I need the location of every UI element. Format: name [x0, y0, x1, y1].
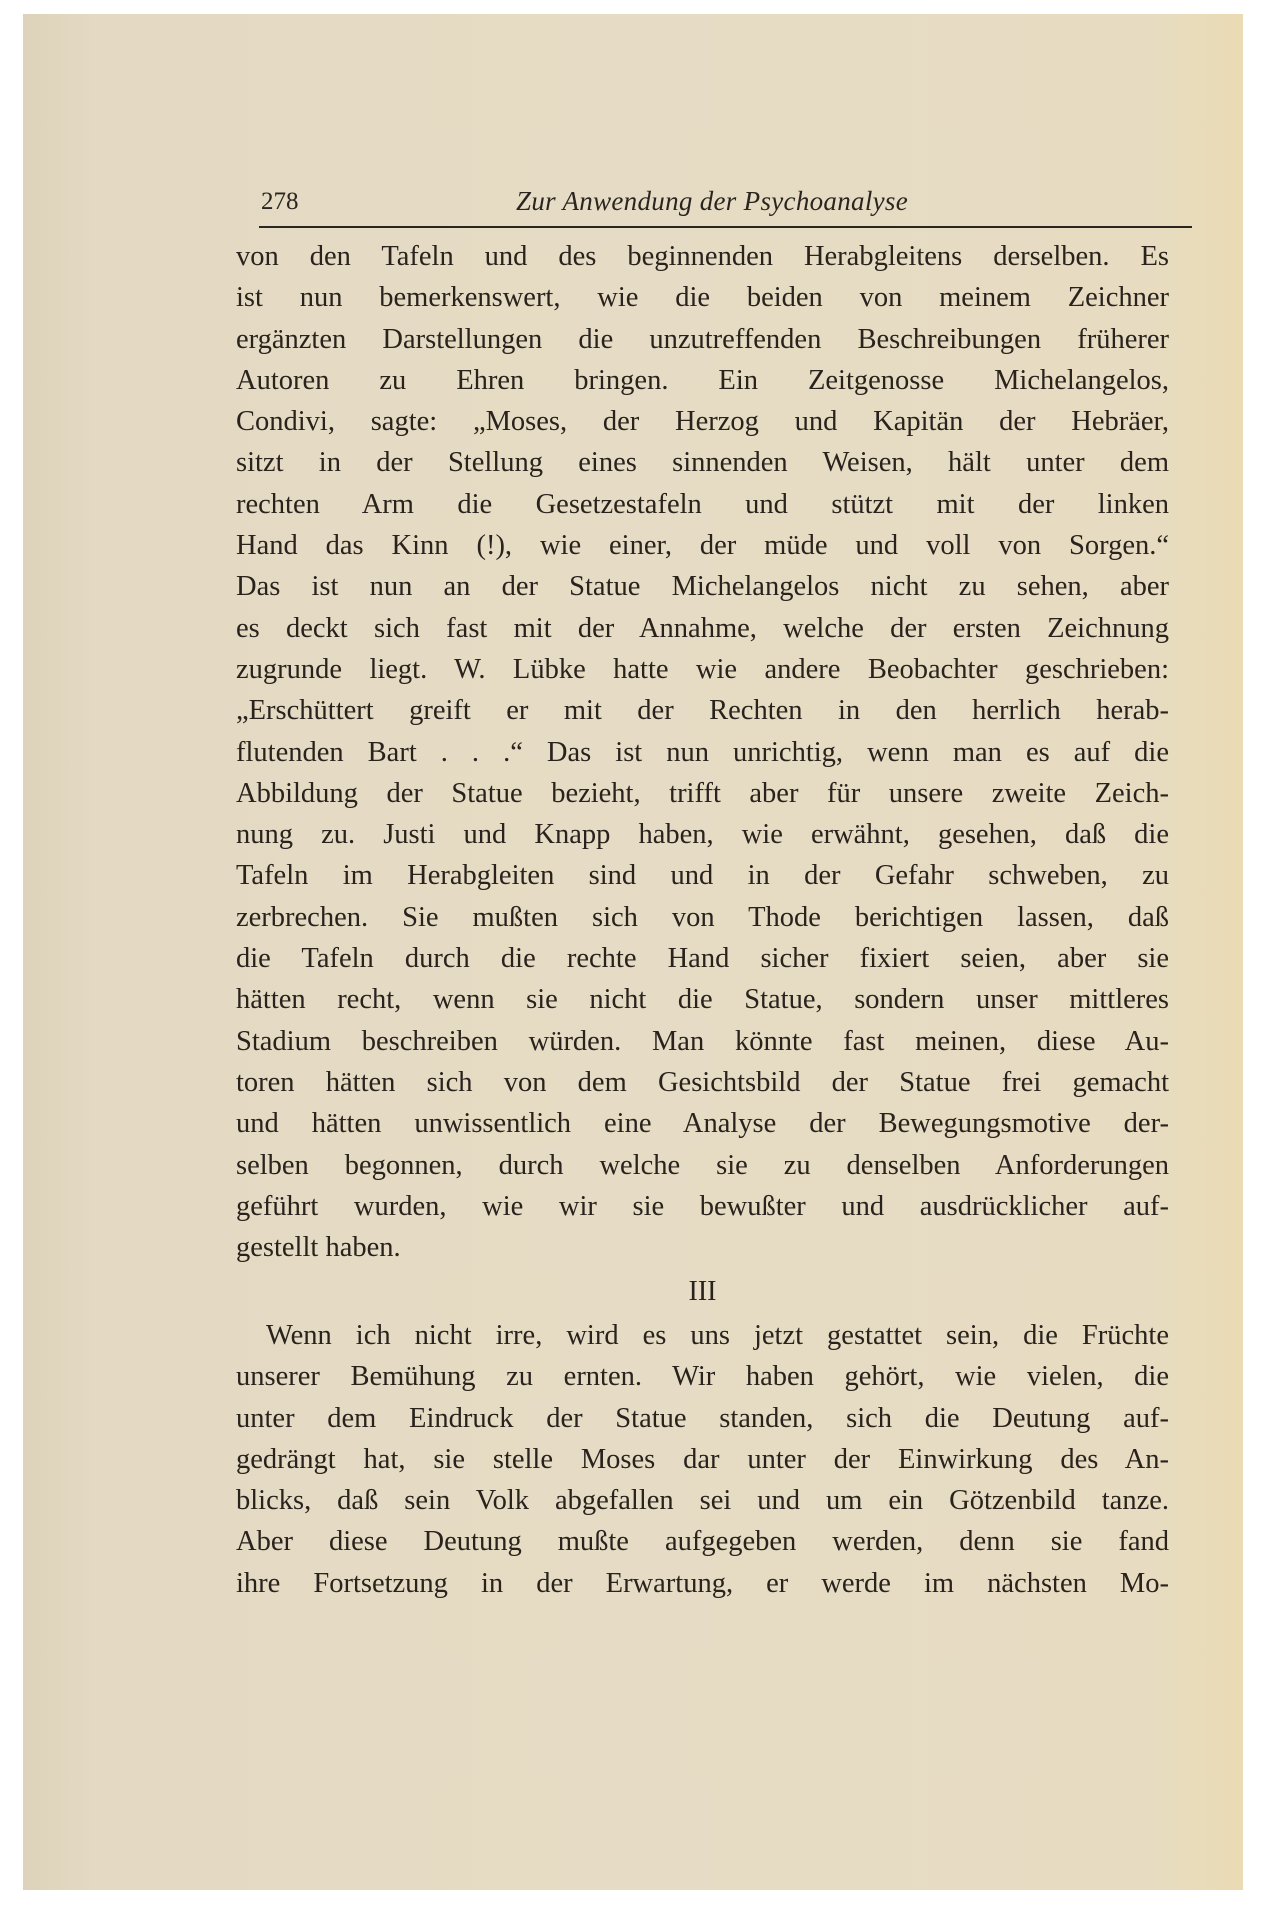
paragraph-2: Wenn ich nicht irre, wird es uns jetzt g… [236, 1315, 1169, 1604]
text-line: Aber diese Deutung mußte aufgegeben werd… [236, 1521, 1169, 1562]
text-line: Autoren zu Ehren bringen. Ein Zeitgenoss… [236, 360, 1169, 401]
text-line: toren hätten sich von dem Gesichtsbild d… [236, 1062, 1169, 1103]
text-line: Tafeln im Herabgleiten sind und in der G… [236, 855, 1169, 896]
text-line: die Tafeln durch die rechte Hand sicher … [236, 938, 1169, 979]
text-line: Wenn ich nicht irre, wird es uns jetzt g… [236, 1315, 1169, 1356]
text-line: gestellt haben. [236, 1227, 1169, 1268]
text-line: unserer Bemühung zu ernten. Wir haben ge… [236, 1356, 1169, 1397]
text-line: Abbildung der Statue bezieht, trifft abe… [236, 773, 1169, 814]
text-line: es deckt sich fast mit der Annahme, welc… [236, 608, 1169, 649]
text-line: sitzt in der Stellung eines sinnenden We… [236, 442, 1169, 483]
text-line: hätten recht, wenn sie nicht die Statue,… [236, 979, 1169, 1020]
text-line: ist nun bemerkenswert, wie die beiden vo… [236, 277, 1169, 318]
text-line: nung zu. Justi und Knapp haben, wie erwä… [236, 814, 1169, 855]
text-line: zerbrechen. Sie mußten sich von Thode be… [236, 897, 1169, 938]
text-line: ihre Fortsetzung in der Erwartung, er we… [236, 1563, 1169, 1604]
page-number: 278 [261, 188, 299, 216]
body-text: von den Tafeln und des beginnenden Herab… [236, 236, 1169, 1268]
section-heading: III [236, 1271, 1169, 1312]
text-line: und hätten unwissentlich eine Analyse de… [236, 1103, 1169, 1144]
text-line: geführt wurden, wie wir sie bewußter und… [236, 1186, 1169, 1227]
text-line: Hand das Kinn (!), wie einer, der müde u… [236, 525, 1169, 566]
text-line: zugrunde liegt. W. Lübke hatte wie ander… [236, 649, 1169, 690]
text-line: flutenden Bart . . .“ Das ist nun unrich… [236, 732, 1169, 773]
text-line: von den Tafeln und des beginnenden Herab… [236, 236, 1169, 277]
text-line: blicks, daß sein Volk abgefallen sei und… [236, 1480, 1169, 1521]
text-line: rechten Arm die Gesetzestafeln und stütz… [236, 484, 1169, 525]
text-line: selben begonnen, durch welche sie zu den… [236, 1145, 1169, 1186]
paragraph-1: von den Tafeln und des beginnenden Herab… [236, 236, 1169, 1268]
text-line: Das ist nun an der Statue Michelangelos … [236, 566, 1169, 607]
text-line: gedrängt hat, sie stelle Moses dar unter… [236, 1439, 1169, 1480]
text-line: unter dem Eindruck der Statue standen, s… [236, 1398, 1169, 1439]
running-title: Zur Anwendung der Psychoanalyse [516, 186, 908, 217]
page-header: 278 Zur Anwendung der Psychoanalyse [259, 182, 1192, 228]
text-line: Condivi, sagte: „Moses, der Herzog und K… [236, 401, 1169, 442]
text-line: „Erschüttert greift er mit der Rechten i… [236, 690, 1169, 731]
text-line: ergänzten Darstellungen die unzutreffend… [236, 319, 1169, 360]
text-line: Stadium beschreiben würden. Man könnte f… [236, 1021, 1169, 1062]
